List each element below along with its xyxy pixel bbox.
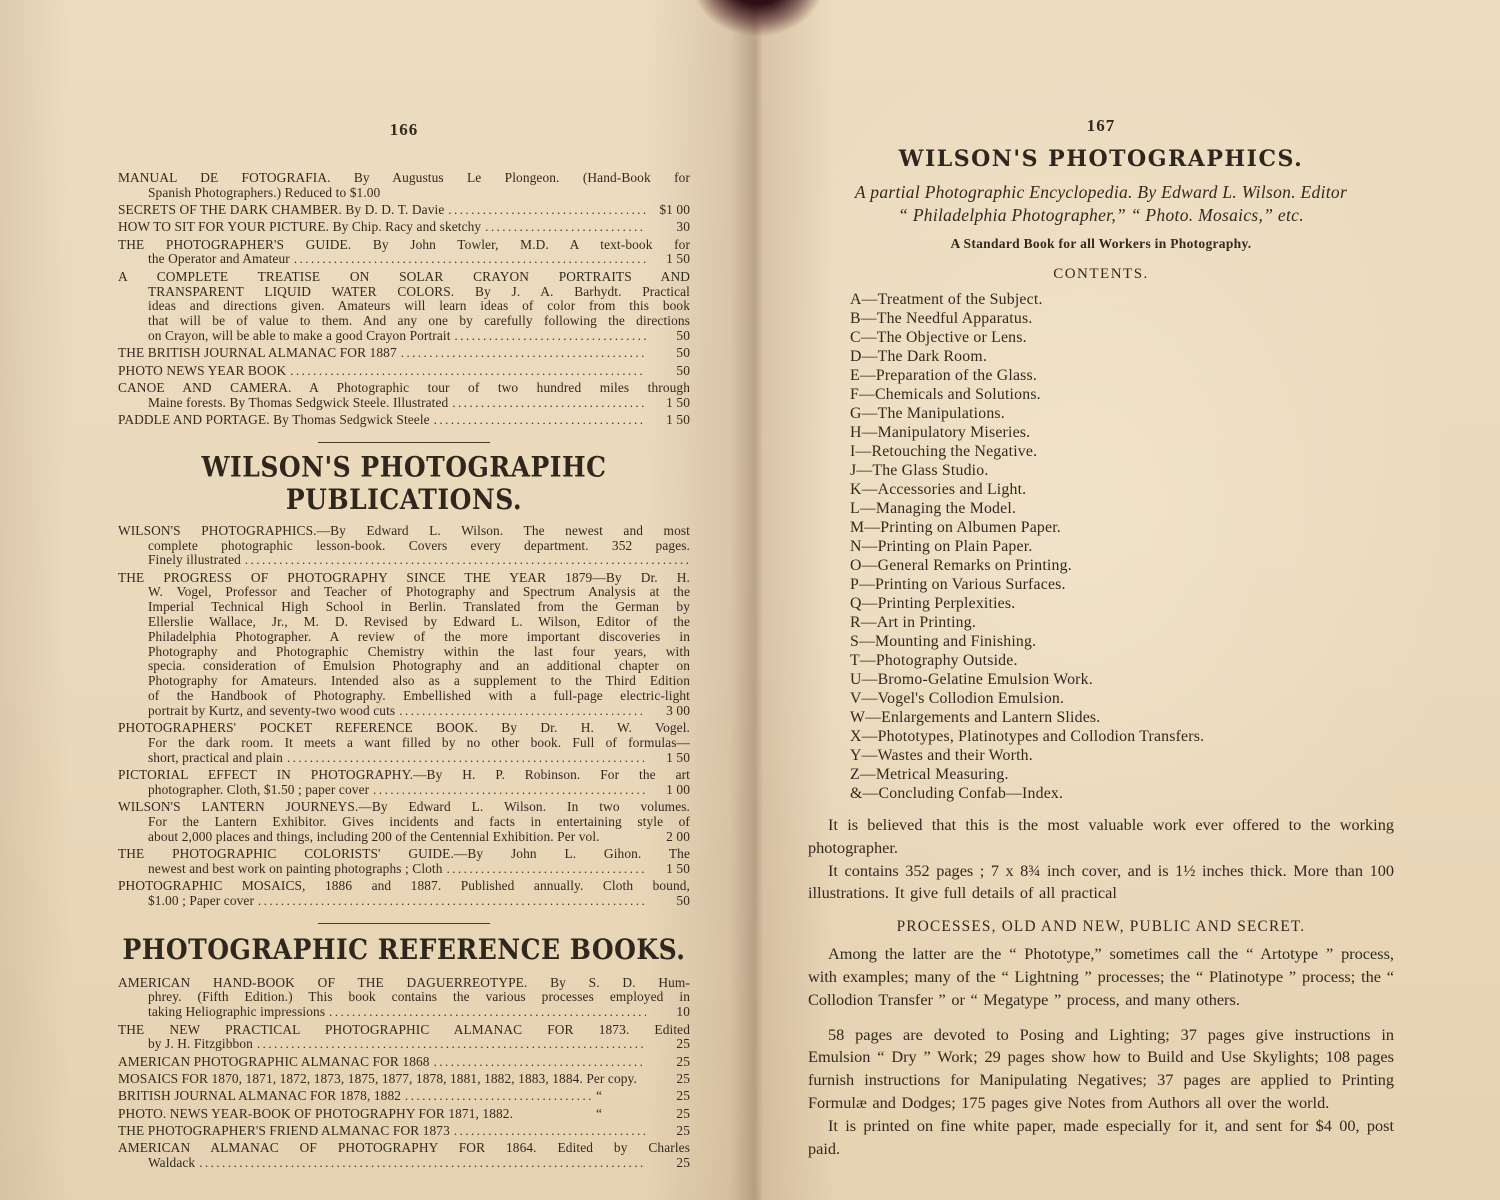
price: 25: [648, 1055, 690, 1070]
entry-line: PICTORIAL EFFECT IN PHOTOGRAPHY.—By H. P…: [118, 768, 690, 783]
catalog-sections: MANUAL DE FOTOGRAFIA. By Augustus Le Plo…: [118, 171, 690, 1171]
contents-item: J—The Glass Studio.: [850, 461, 1394, 480]
contents-item: C—The Objective or Lens.: [850, 328, 1394, 347]
catalog-entry: PADDLE AND PORTAGE. By Thomas Sedgwick S…: [118, 413, 690, 428]
catalog-entry: AMERICAN ALMANAC OF PHOTOGRAPHY FOR 1864…: [118, 1141, 690, 1171]
contents-item: T—Photography Outside.: [850, 651, 1394, 670]
entry-line: HOW TO SIT FOR YOUR PICTURE. By Chip. Ra…: [118, 220, 690, 235]
contents-item: P—Printing on Various Surfaces.: [850, 575, 1394, 594]
price: 1 50: [648, 413, 690, 428]
contents-item: Z—Metrical Measuring.: [850, 765, 1394, 784]
section-heading: WILSON'S PHOTOGRAPIHC PUBLICATIONS.: [118, 450, 690, 515]
entry-line: PHOTO. NEWS YEAR-BOOK OF PHOTOGRAPHY FOR…: [118, 1107, 690, 1122]
entry-text: short, practical and plain: [148, 751, 283, 766]
catalog-entry: HOW TO SIT FOR YOUR PICTURE. By Chip. Ra…: [118, 220, 690, 235]
catalog-entry: THE PHOTOGRAPHIC COLORISTS' GUIDE.—By Jo…: [118, 847, 690, 877]
leader-dots: [455, 329, 646, 344]
catalog-entry: PHOTO. NEWS YEAR-BOOK OF PHOTOGRAPHY FOR…: [118, 1107, 690, 1122]
leader-dots: [447, 862, 646, 877]
entry-line: Ellerslie Wallace, Jr., M. D. Revised by…: [118, 615, 690, 630]
leader-dots: [399, 704, 646, 719]
contents-item: A—Treatment of the Subject.: [850, 290, 1394, 309]
entry-line: For the Lantern Exhibitor. Gives inciden…: [118, 815, 690, 830]
contents-item: G—The Manipulations.: [850, 404, 1394, 423]
book-scan: 166 MANUAL DE FOTOGRAFIA. By Augustus Le…: [0, 0, 1500, 1200]
ditto-mark: “: [596, 1089, 602, 1104]
entry-line: BRITISH JOURNAL ALMANAC FOR 1878, 1882“2…: [118, 1089, 690, 1104]
paragraph: It contains 352 pages ; 7 x 8¾ inch cove…: [808, 860, 1394, 906]
price: 10: [648, 1005, 690, 1020]
entry-line: PHOTOGRAPHERS' POCKET REFERENCE BOOK. By…: [118, 721, 690, 736]
entry-text: by J. H. Fitzgibbon: [148, 1037, 253, 1052]
paragraph: It is printed on fine white paper, made …: [808, 1115, 1394, 1161]
entry-line: taking Heliographic impressions10: [118, 1005, 690, 1020]
catalog-section: PHOTOGRAPHIC REFERENCE BOOKS.AMERICAN HA…: [118, 923, 690, 1171]
leader-dots: [290, 364, 646, 379]
catalog-entry: PHOTOGRAPHIC MOSAICS, 1886 and 1887. Pub…: [118, 879, 690, 909]
entry-line: specia. consideration of Emulsion Photog…: [118, 659, 690, 674]
entry-text: portrait by Kurtz, and seventy-two wood …: [148, 704, 395, 719]
catalog-entry: THE PHOTOGRAPHER'S FRIEND ALMANAC FOR 18…: [118, 1124, 690, 1139]
entry-line: For the dark room. It meets a want fille…: [118, 736, 690, 751]
contents-item: H—Manipulatory Miseries.: [850, 423, 1394, 442]
entry-line: THE NEW PRACTICAL PHOTOGRAPHIC ALMANAC F…: [118, 1023, 690, 1038]
entry-line: Philadelphia Photographer. A review of t…: [118, 630, 690, 645]
paragraph: It is believed that this is the most val…: [808, 814, 1394, 860]
entry-line: of the Handbook of Photography. Embellis…: [118, 689, 690, 704]
catalog-section: MANUAL DE FOTOGRAFIA. By Augustus Le Plo…: [118, 171, 690, 428]
leader-dots: [401, 346, 646, 361]
book-tagline: A Standard Book for all Workers in Photo…: [808, 236, 1394, 252]
entry-text: THE BRITISH JOURNAL ALMANAC FOR 1887: [118, 346, 397, 361]
leader-dots: [199, 1156, 646, 1171]
contents-item: B—The Needful Apparatus.: [850, 309, 1394, 328]
contents-list: A—Treatment of the Subject.B—The Needful…: [808, 290, 1394, 803]
leader-dots: [452, 396, 646, 411]
entry-line: about 2,000 places and things, including…: [118, 830, 690, 845]
section-heading: PHOTOGRAPHIC REFERENCE BOOKS.: [118, 933, 690, 965]
price: 30: [648, 220, 690, 235]
entry-text: on Crayon, will be able to make a good C…: [148, 329, 451, 344]
entry-line: portrait by Kurtz, and seventy-two wood …: [118, 704, 690, 719]
entry-line: MOSAICS FOR 1870, 1871, 1872, 1873, 1875…: [118, 1072, 690, 1087]
entry-line: newest and best work on painting photogr…: [118, 862, 690, 877]
entry-line: WILSON'S PHOTOGRAPHICS.—By Edward L. Wil…: [118, 524, 690, 539]
leader-dots: [434, 413, 646, 428]
entry-text: Maine forests. By Thomas Sedgwick Steele…: [148, 396, 448, 411]
contents-item: V—Vogel's Collodion Emulsion.: [850, 689, 1394, 708]
entry-text: THE PHOTOGRAPHER'S FRIEND ALMANAC FOR 18…: [118, 1124, 450, 1139]
entry-line: PHOTO NEWS YEAR BOOK50: [118, 364, 690, 379]
entry-line: photographer. Cloth, $1.50 ; paper cover…: [118, 783, 690, 798]
entry-line: Maine forests. By Thomas Sedgwick Steele…: [118, 396, 690, 411]
catalog-entry: PHOTO NEWS YEAR BOOK50: [118, 364, 690, 379]
leader-dots: [245, 553, 688, 568]
contents-item: F—Chemicals and Solutions.: [850, 385, 1394, 404]
entry-line: $1.00 ; Paper cover50: [118, 894, 690, 909]
entry-line: THE PHOTOGRAPHER'S FRIEND ALMANAC FOR 18…: [118, 1124, 690, 1139]
catalog-entry: CANOE AND CAMERA. A Photographic tour of…: [118, 381, 690, 411]
leader-dots: [257, 1037, 646, 1052]
entry-line: MANUAL DE FOTOGRAFIA. By Augustus Le Plo…: [118, 171, 690, 186]
catalog-entry: THE PHOTOGRAPHER'S GUIDE. By John Towler…: [118, 238, 690, 268]
catalog-entry: A COMPLETE TREATISE ON SOLAR CRAYON PORT…: [118, 270, 690, 344]
price: 25: [648, 1124, 690, 1139]
entry-line: PHOTOGRAPHIC MOSAICS, 1886 and 1887. Pub…: [118, 879, 690, 894]
entry-line: ideas and directions given. Amateurs wil…: [118, 299, 690, 314]
catalog-entry: SECRETS OF THE DARK CHAMBER. By D. D. T.…: [118, 203, 690, 218]
entry-line: CANOE AND CAMERA. A Photographic tour of…: [118, 381, 690, 396]
price: 25: [648, 1107, 690, 1122]
description-paragraphs: It is believed that this is the most val…: [808, 814, 1394, 1160]
price: 50: [648, 364, 690, 379]
book-subtitle-line1: A partial Photographic Encyclopedia. By …: [808, 181, 1394, 204]
entry-text: MOSAICS FOR 1870, 1871, 1872, 1873, 1875…: [118, 1072, 637, 1087]
leader-dots: [294, 252, 646, 267]
contents-item: O—General Remarks on Printing.: [850, 556, 1394, 575]
entry-line: the Operator and Amateur1 50: [118, 252, 690, 267]
price: 3 00: [648, 704, 690, 719]
contents-item: &—Concluding Confab—Index.: [850, 784, 1394, 803]
entry-line: THE PHOTOGRAPHIC COLORISTS' GUIDE.—By Jo…: [118, 847, 690, 862]
entry-text: PHOTO NEWS YEAR BOOK: [118, 364, 286, 379]
entry-line: AMERICAN PHOTOGRAPHIC ALMANAC FOR 186825: [118, 1055, 690, 1070]
page-number-right: 167: [808, 116, 1394, 136]
contents-item: X—Phototypes, Platinotypes and Collodion…: [850, 727, 1394, 746]
leader-dots: [454, 1124, 646, 1139]
price: 50: [648, 346, 690, 361]
entry-line: Photography and Photographic Chemistry w…: [118, 645, 690, 660]
leader-dots: [448, 203, 646, 218]
book-title: WILSON'S PHOTOGRAPHICS.: [808, 146, 1394, 172]
catalog-section: WILSON'S PHOTOGRAPIHC PUBLICATIONS.WILSO…: [118, 442, 690, 909]
entry-text: AMERICAN PHOTOGRAPHIC ALMANAC FOR 1868: [118, 1055, 430, 1070]
catalog-entry: BRITISH JOURNAL ALMANAC FOR 1878, 1882“2…: [118, 1089, 690, 1104]
paragraph: 58 pages are devoted to Posing and Light…: [808, 1024, 1394, 1115]
entry-line: SECRETS OF THE DARK CHAMBER. By D. D. T.…: [118, 203, 690, 218]
entry-line: THE PROGRESS OF PHOTOGRAPHY SINCE THE YE…: [118, 571, 690, 586]
entry-line: A COMPLETE TREATISE ON SOLAR CRAYON PORT…: [118, 270, 690, 285]
entry-line: Finely illustrated: [118, 553, 690, 568]
entry-text: Waldack: [148, 1156, 195, 1171]
contents-item: R—Art in Printing.: [850, 613, 1394, 632]
page-right: 167 WILSON'S PHOTOGRAPHICS. A partial Ph…: [808, 116, 1394, 1160]
contents-item: W—Enlargements and Lantern Slides.: [850, 708, 1394, 727]
section-divider: [318, 442, 490, 443]
catalog-entry: THE BRITISH JOURNAL ALMANAC FOR 188750: [118, 346, 690, 361]
price: 25: [648, 1089, 690, 1104]
contents-item: S—Mounting and Finishing.: [850, 632, 1394, 651]
entry-text: HOW TO SIT FOR YOUR PICTURE. By Chip. Ra…: [118, 220, 481, 235]
entry-text: SECRETS OF THE DARK CHAMBER. By D. D. T.…: [118, 203, 444, 218]
contents-item: U—Bromo-Gelatine Emulsion Work.: [850, 670, 1394, 689]
catalog-entry: AMERICAN HAND-BOOK OF THE DAGUERREOTYPE.…: [118, 976, 690, 1020]
catalog-entry: WILSON'S PHOTOGRAPHICS.—By Edward L. Wil…: [118, 524, 690, 568]
entry-text: newest and best work on painting photogr…: [148, 862, 443, 877]
book-subtitle-line2: “ Philadelphia Photographer,” “ Photo. M…: [808, 204, 1394, 227]
price: 50: [648, 894, 690, 909]
leader-dots: [258, 894, 646, 909]
entry-line: short, practical and plain1 50: [118, 751, 690, 766]
leader-dots: [287, 751, 646, 766]
contents-item: Y—Wastes and their Worth.: [850, 746, 1394, 765]
entry-text: photographer. Cloth, $1.50 ; paper cover: [148, 783, 369, 798]
entry-text: taking Heliographic impressions: [148, 1005, 325, 1020]
catalog-entry: THE NEW PRACTICAL PHOTOGRAPHIC ALMANAC F…: [118, 1023, 690, 1053]
contents-item: D—The Dark Room.: [850, 347, 1394, 366]
entry-line: by J. H. Fitzgibbon25: [118, 1037, 690, 1052]
catalog-entry: PHOTOGRAPHERS' POCKET REFERENCE BOOK. By…: [118, 721, 690, 765]
ditto-mark: “: [596, 1107, 602, 1122]
entry-line: Imperial Technical High School in Berlin…: [118, 600, 690, 615]
entry-text: BRITISH JOURNAL ALMANAC FOR 1878, 1882: [118, 1089, 401, 1104]
entry-line: THE PHOTOGRAPHER'S GUIDE. By John Towler…: [118, 238, 690, 253]
entry-text: Finely illustrated: [148, 553, 241, 568]
price: 25: [648, 1156, 690, 1171]
entry-line: Waldack25: [118, 1156, 690, 1171]
leader-dots: [434, 1055, 646, 1070]
price: 50: [648, 329, 690, 344]
entry-text: PHOTO. NEWS YEAR-BOOK OF PHOTOGRAPHY FOR…: [118, 1107, 513, 1122]
contents-item: K—Accessories and Light.: [850, 480, 1394, 499]
price: 1 50: [648, 751, 690, 766]
book-subtitle: A partial Photographic Encyclopedia. By …: [808, 181, 1394, 227]
price: 1 50: [648, 252, 690, 267]
catalog-entry: THE PROGRESS OF PHOTOGRAPHY SINCE THE YE…: [118, 571, 690, 719]
contents-item: I—Retouching the Negative.: [850, 442, 1394, 461]
contents-item: L—Managing the Model.: [850, 499, 1394, 518]
entry-line: Photography for Amateurs. Intended also …: [118, 674, 690, 689]
contents-item: E—Preparation of the Glass.: [850, 366, 1394, 385]
entry-line: phrey. (Fifth Edition.) This book contai…: [118, 990, 690, 1005]
entry-line: AMERICAN HAND-BOOK OF THE DAGUERREOTYPE.…: [118, 976, 690, 991]
price: 1 50: [648, 862, 690, 877]
entry-line: on Crayon, will be able to make a good C…: [118, 329, 690, 344]
price: 25: [648, 1037, 690, 1052]
entry-text: about 2,000 places and things, including…: [148, 830, 600, 845]
entry-line: WILSON'S LANTERN JOURNEYS.—By Edward L. …: [118, 800, 690, 815]
section-divider: [318, 923, 490, 924]
leader-dots: [405, 1089, 594, 1104]
page-number-left: 166: [118, 120, 690, 140]
price: 25: [648, 1072, 690, 1087]
entry-line: THE BRITISH JOURNAL ALMANAC FOR 188750: [118, 346, 690, 361]
entry-line: complete photographic lesson-book. Cover…: [118, 539, 690, 554]
price: 2 00: [648, 830, 690, 845]
contents-item: Q—Printing Perplexities.: [850, 594, 1394, 613]
contents-heading: CONTENTS.: [808, 266, 1394, 283]
entry-text: Spanish Photographers.) Reduced to $1.00: [148, 186, 380, 201]
catalog-entry: AMERICAN PHOTOGRAPHIC ALMANAC FOR 186825: [118, 1055, 690, 1070]
entry-line: W. Vogel, Professor and Teacher of Photo…: [118, 585, 690, 600]
entry-line: that will be of value to them. And any o…: [118, 314, 690, 329]
contents-item: M—Printing on Albumen Paper.: [850, 518, 1394, 537]
entry-line: PADDLE AND PORTAGE. By Thomas Sedgwick S…: [118, 413, 690, 428]
leader-dots: [373, 783, 646, 798]
entry-line: Spanish Photographers.) Reduced to $1.00: [118, 186, 690, 201]
contents-item: N—Printing on Plain Paper.: [850, 537, 1394, 556]
entry-line: AMERICAN ALMANAC OF PHOTOGRAPHY FOR 1864…: [118, 1141, 690, 1156]
price: $1 00: [648, 203, 690, 218]
catalog-entry: MOSAICS FOR 1870, 1871, 1872, 1873, 1875…: [118, 1072, 690, 1087]
entry-text: PADDLE AND PORTAGE. By Thomas Sedgwick S…: [118, 413, 430, 428]
subheading: PROCESSES, OLD AND NEW, PUBLIC AND SECRE…: [808, 918, 1394, 936]
price: 1 00: [648, 783, 690, 798]
page-left: 166 MANUAL DE FOTOGRAFIA. By Augustus Le…: [118, 120, 690, 1173]
catalog-entry: MANUAL DE FOTOGRAFIA. By Augustus Le Plo…: [118, 171, 690, 201]
catalog-entry: PICTORIAL EFFECT IN PHOTOGRAPHY.—By H. P…: [118, 768, 690, 798]
entry-text: $1.00 ; Paper cover: [148, 894, 254, 909]
catalog-entry: WILSON'S LANTERN JOURNEYS.—By Edward L. …: [118, 800, 690, 844]
leader-dots: [329, 1005, 646, 1020]
paragraph: Among the latter are the “ Phototype,” s…: [808, 943, 1394, 1011]
leader-dots: [485, 220, 646, 235]
price: 1 50: [648, 396, 690, 411]
entry-line: TRANSPARENT LIQUID WATER COLORS. By J. A…: [118, 285, 690, 300]
entry-text: the Operator and Amateur: [148, 252, 290, 267]
